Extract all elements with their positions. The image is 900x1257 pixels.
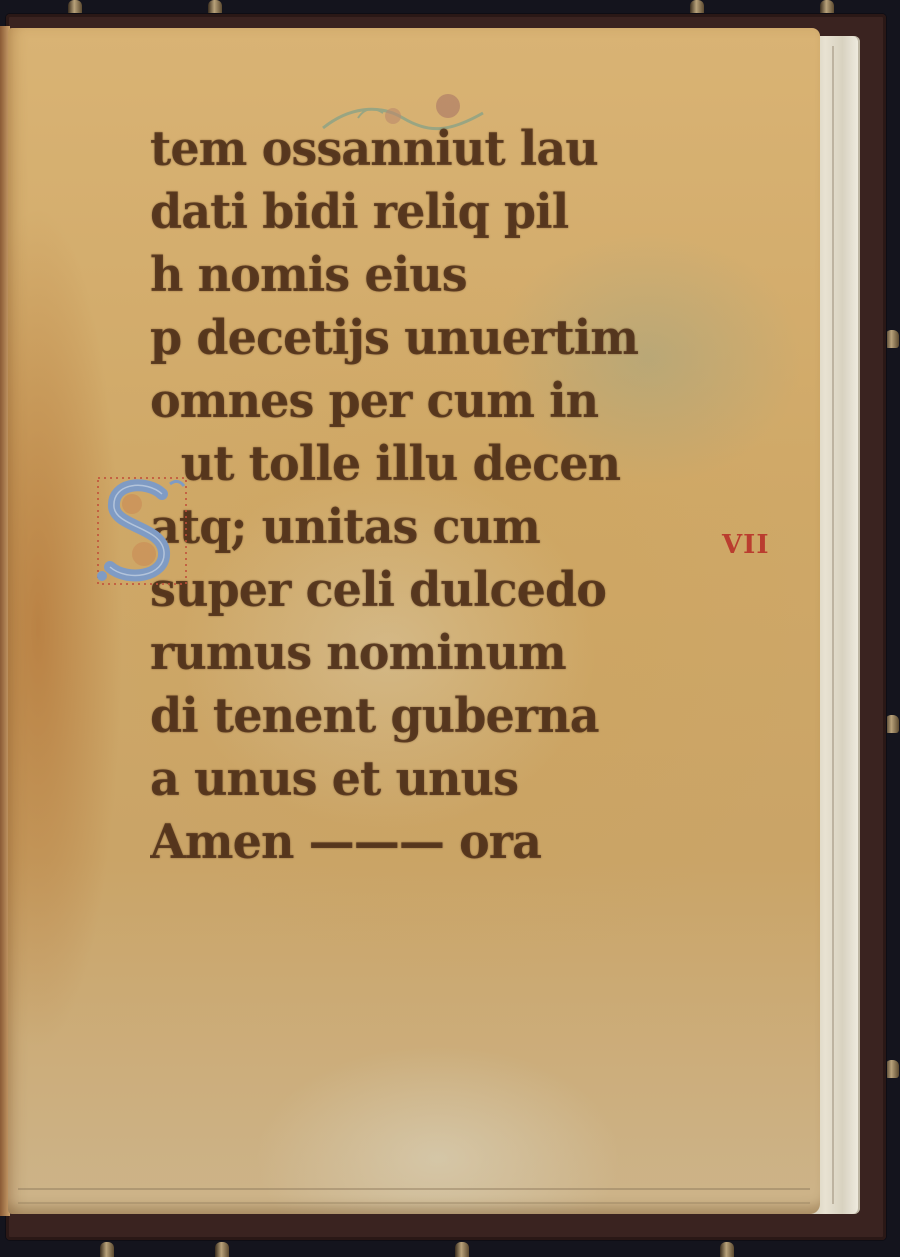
text-line: di tenent guberna	[150, 685, 640, 748]
mount-pin	[215, 1242, 229, 1257]
mount-pin	[720, 1242, 734, 1257]
text-line: super celi dulcedo	[150, 559, 640, 622]
text-line: atq; unitas cum	[150, 496, 640, 559]
text-line: rumus nominum	[150, 622, 640, 685]
mount-pin	[885, 330, 899, 348]
mount-pin	[885, 715, 899, 733]
text-line: tem ossanniut lau	[150, 118, 640, 181]
page-edge-line	[832, 46, 834, 1204]
text-line: ut tolle illu decen	[150, 433, 640, 496]
page-fold-line	[18, 1188, 810, 1190]
text-line: omnes per cum in	[150, 370, 640, 433]
text-line: p decetijs unuertim	[150, 307, 640, 370]
manuscript-text: tem ossanniut lau dati bidi reliq pil h …	[150, 118, 660, 874]
mount-pin	[885, 1060, 899, 1078]
text-line: h nomis eius	[150, 244, 640, 307]
mount-pin	[455, 1242, 469, 1257]
text-line: a unus et unus	[150, 748, 640, 811]
text-line: Amen ——— ora	[150, 811, 640, 874]
mount-pin	[100, 1242, 114, 1257]
decorated-initial-s	[92, 472, 192, 590]
text-line: dati bidi reliq pil	[150, 181, 640, 244]
folio-number: VII	[722, 530, 770, 560]
photo-background: tem ossanniut lau dati bidi reliq pil h …	[0, 0, 900, 1257]
page-fold-line	[18, 1202, 810, 1204]
